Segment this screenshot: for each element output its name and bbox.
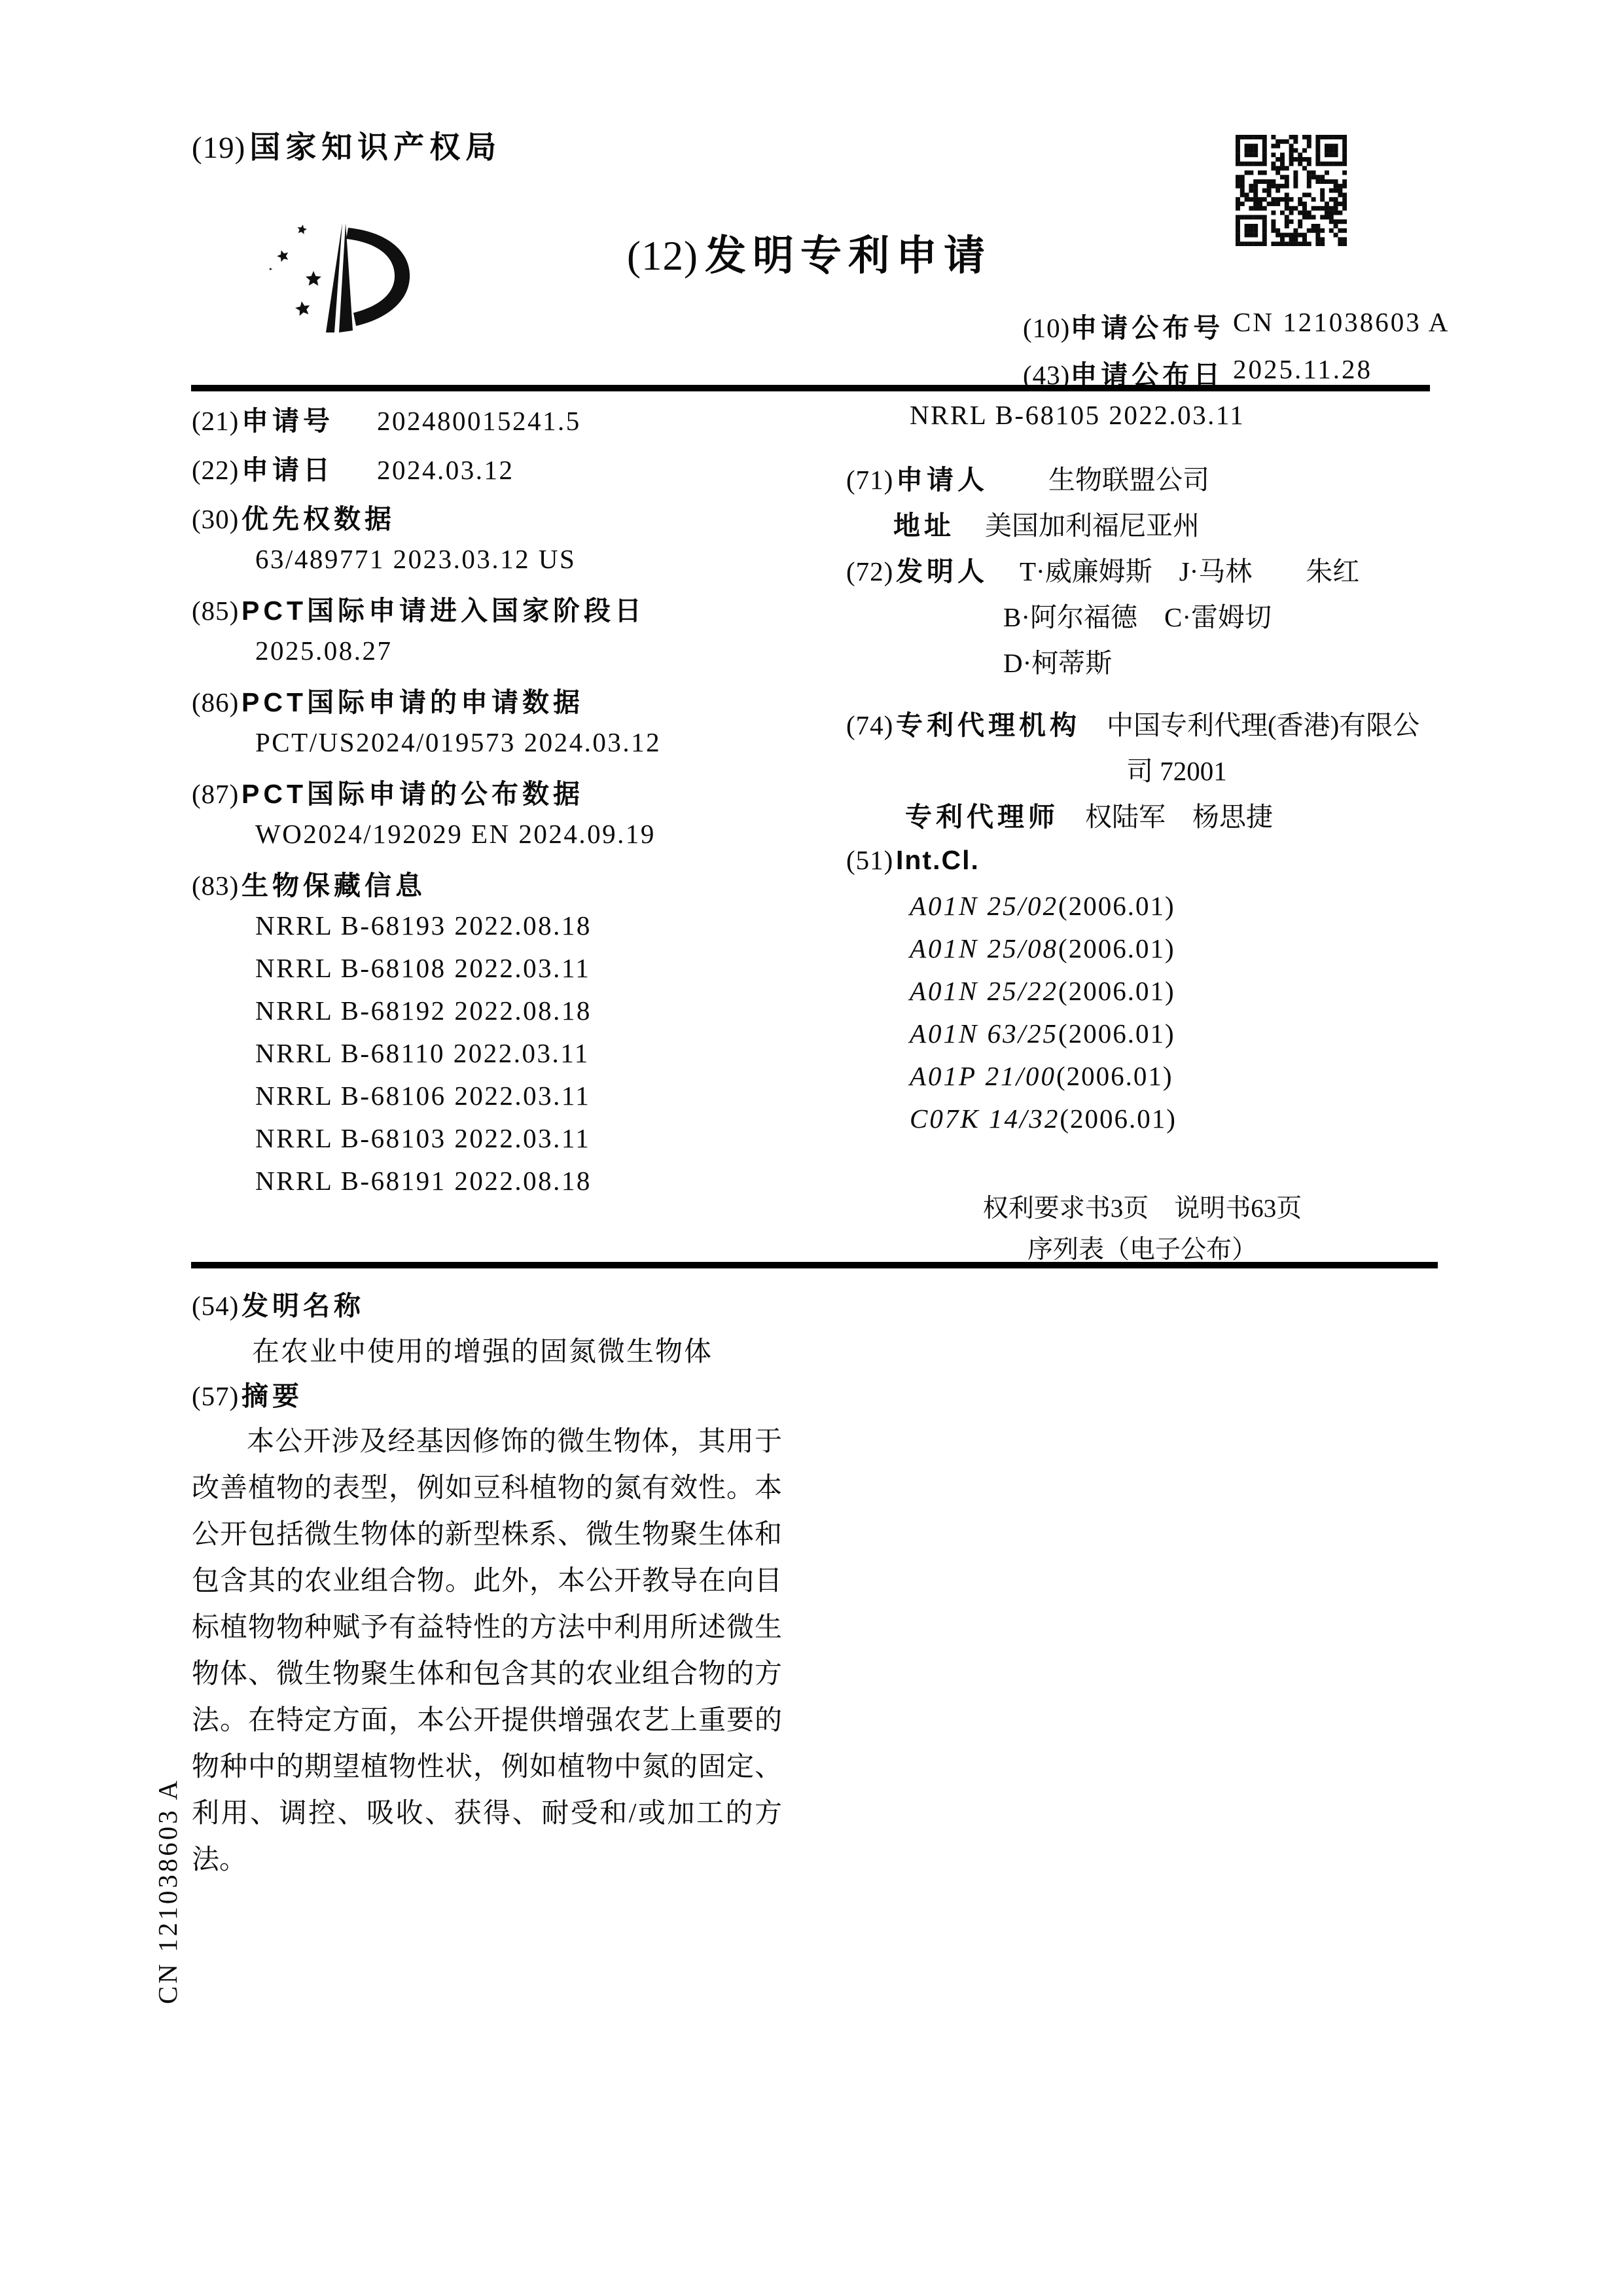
pct-application-data: PCT/US2024/019573 2024.03.12	[192, 726, 661, 764]
field-83-label: 生物保藏信息	[241, 870, 426, 901]
deposit-value: NRRL B-68108 2022.03.11	[255, 953, 590, 983]
inid-86: (86)	[192, 687, 241, 718]
ipc-version: (2006.01)	[1058, 976, 1175, 1006]
pages-count-line: 权利要求书3页 说明书63页	[846, 1188, 1438, 1226]
agent-label: 专利代理师	[905, 802, 1059, 832]
field-54-invention-title: (54)发明名称	[192, 1284, 365, 1323]
agency-name-line2-row: 司 72001	[846, 749, 1227, 787]
ipc-version: (2006.01)	[1058, 1018, 1175, 1049]
document-type-title: (12)发明专利申请	[627, 223, 991, 282]
cnipa-logo-icon	[270, 221, 415, 338]
abstract-paragraph: 本公开涉及经基因修饰的微生物体，其用于改善植物的表型，例如豆科植物的氮有效性。本…	[192, 1419, 782, 1884]
address-value: 美国加利福尼亚州	[985, 511, 1200, 541]
field-87-pct-publication-data: (87)PCT国际申请的公布数据	[192, 772, 584, 810]
field-85-national-phase-date: (85)PCT国际申请进入国家阶段日	[192, 589, 645, 627]
field-87-value: WO2024/192029 EN 2024.09.19	[255, 819, 656, 849]
inventor-line-3: D·柯蒂斯	[846, 641, 1112, 679]
deposit-entry: NRRL B-68106 2022.03.11	[192, 1080, 590, 1118]
inventor-line: T·威廉姆斯 J·马林 朱红	[1020, 556, 1359, 586]
office-heading: (19)国家知识产权局	[192, 123, 501, 167]
invention-title-text: 在农业中使用的增强的固氮微生物体	[252, 1337, 713, 1367]
deposit-entry: NRRL B-68192 2022.08.18	[192, 995, 592, 1033]
deposit-value: NRRL B-68105 2022.03.11	[910, 400, 1245, 430]
ipc-version: (2006.01)	[1060, 1103, 1177, 1134]
priority-entry: 63/489771 2023.03.12 US	[192, 543, 576, 581]
deposit-entry: NRRL B-68191 2022.08.18	[192, 1165, 592, 1203]
deposit-value: NRRL B-68191 2022.08.18	[255, 1166, 592, 1196]
field-86-value: PCT/US2024/019573 2024.03.12	[255, 727, 661, 757]
qr-code	[1236, 135, 1347, 246]
inid-72: (72)	[846, 556, 896, 587]
field-85-label: PCT国际申请进入国家阶段日	[241, 596, 645, 626]
pub-no-value: CN 121038603 A	[1233, 306, 1450, 338]
patent-agent-row: 专利代理师权陆军 杨思捷	[846, 795, 1273, 833]
field-72-inventors: (72)发明人T·威廉姆斯 J·马林 朱红	[846, 550, 1359, 588]
deposit-entry: NRRL B-68103 2022.03.11	[192, 1122, 590, 1160]
inid-22: (22)	[192, 454, 241, 486]
inid-57: (57)	[192, 1380, 241, 1412]
inid-87: (87)	[192, 778, 241, 810]
ipc-entry: A01P 21/00(2006.01)	[846, 1060, 1173, 1098]
deposit-value: NRRL B-68193 2022.08.18	[255, 910, 592, 941]
pct-publication-data: WO2024/192029 EN 2024.09.19	[192, 818, 656, 856]
inventor-line: D·柯蒂斯	[1003, 648, 1112, 678]
deposit-value: NRRL B-68192 2022.08.18	[255, 996, 592, 1026]
ipc-entry: C07K 14/32(2006.01)	[846, 1103, 1177, 1141]
patent-front-page: (19)国家知识产权局 (12)发明专利申请 (10)申请公布号 CN 1210…	[0, 0, 1623, 2296]
ipc-version: (2006.01)	[1058, 933, 1175, 963]
ipc-version: (2006.01)	[1058, 891, 1175, 921]
deposit-entry: NRRL B-68108 2022.03.11	[192, 952, 590, 990]
applicant-name: 生物联盟公司	[1048, 465, 1209, 495]
field-86-pct-application-data: (86)PCT国际申请的申请数据	[192, 681, 584, 719]
ipc-code: A01N 25/08	[910, 933, 1058, 963]
section-divider-rule	[191, 1262, 1438, 1268]
deposit-value: NRRL B-68106 2022.03.11	[255, 1081, 590, 1111]
field-51-label: Int.Cl.	[896, 845, 980, 875]
deposit-entry: NRRL B-68110 2022.03.11	[192, 1037, 590, 1075]
bibliographic-left-column: (21)申请号202480015241.5 (22)申请日2024.03.12 …	[192, 399, 784, 1217]
bibliographic-right-column: NRRL B-68105 2022.03.11 (71)申请人生物联盟公司 地址…	[846, 399, 1438, 1250]
field-71-applicant: (71)申请人生物联盟公司	[846, 458, 1209, 496]
sequence-listing-text: 序列表（电子公布）	[1027, 1236, 1257, 1264]
ipc-code: A01N 63/25	[910, 1018, 1058, 1049]
deposit-entry-continued: NRRL B-68105 2022.03.11	[846, 399, 1245, 437]
field-22-filing-date: (22)申请日2024.03.12	[192, 448, 514, 486]
ipc-entry: A01N 25/22(2006.01)	[846, 975, 1175, 1013]
field-57-abstract: (57)摘要	[192, 1374, 303, 1413]
header-divider-rule	[191, 385, 1430, 391]
pub-no-label: 申请公布号	[1070, 313, 1224, 343]
priority-value: 63/489771 2023.03.12 US	[255, 544, 576, 574]
field-51-int-cl: (51)Int.Cl.	[846, 844, 980, 882]
inid-71: (71)	[846, 464, 896, 495]
inid-83: (83)	[192, 870, 241, 901]
field-86-label: PCT国际申请的申请数据	[241, 687, 584, 717]
ipc-code: A01P 21/00	[910, 1061, 1056, 1091]
office-name: 国家知识产权局	[249, 130, 501, 164]
field-21-label: 申请号	[241, 406, 334, 436]
national-phase-date: 2025.08.27	[192, 635, 393, 673]
inid-54: (54)	[192, 1290, 241, 1321]
field-83-biological-deposit: (83)生物保藏信息	[192, 864, 426, 902]
inid-51: (51)	[846, 844, 896, 876]
field-30-priority-data: (30)优先权数据	[192, 497, 395, 535]
agency-name-line1: 中国专利代理(香港)有限公	[1107, 710, 1419, 740]
deposit-value: NRRL B-68110 2022.03.11	[255, 1038, 590, 1068]
ipc-entry: A01N 25/02(2006.01)	[846, 890, 1175, 928]
ipc-entry: A01N 25/08(2006.01)	[846, 933, 1175, 971]
ipc-version: (2006.01)	[1056, 1061, 1173, 1091]
field-71-label: 申请人	[896, 465, 988, 495]
pub-no-inid-code: (10)	[1023, 313, 1070, 343]
field-30-label: 优先权数据	[241, 504, 395, 534]
side-publication-code: CN 121038603 A	[152, 1778, 183, 2004]
invention-title: 在农业中使用的增强的固氮微生物体	[252, 1330, 713, 1369]
field-21-value: 202480015241.5	[377, 406, 581, 436]
deposit-entry: NRRL B-68193 2022.08.18	[192, 910, 592, 948]
pages-count-text: 权利要求书3页 说明书63页	[983, 1194, 1302, 1223]
field-85-value: 2025.08.27	[255, 636, 393, 666]
inid-74: (74)	[846, 709, 896, 741]
ipc-code: A01N 25/02	[910, 891, 1058, 921]
office-inid-code: (19)	[192, 131, 245, 165]
ipc-entry: A01N 63/25(2006.01)	[846, 1018, 1175, 1056]
doc-inid-code: (12)	[627, 233, 698, 279]
doc-type-label: 发明专利申请	[705, 233, 991, 279]
ipc-code: C07K 14/32	[910, 1103, 1060, 1134]
inventor-line-2: B·阿尔福德 C·雷姆切	[846, 596, 1272, 634]
inid-30: (30)	[192, 503, 241, 535]
address-label: 地址	[893, 511, 955, 541]
field-54-label: 发明名称	[241, 1291, 365, 1321]
inventor-line: B·阿尔福德 C·雷姆切	[1003, 602, 1272, 632]
agent-names: 权陆军 杨思捷	[1085, 802, 1273, 832]
agency-name-line2: 司 72001	[1126, 756, 1227, 786]
pub-date-value: 2025.11.28	[1233, 353, 1372, 385]
field-21-application-number: (21)申请号202480015241.5	[192, 399, 581, 437]
field-22-value: 2024.03.12	[377, 455, 514, 485]
deposit-value: NRRL B-68103 2022.03.11	[255, 1123, 590, 1153]
field-22-label: 申请日	[241, 455, 334, 485]
field-87-label: PCT国际申请的公布数据	[241, 779, 584, 809]
inid-85: (85)	[192, 595, 241, 626]
field-57-label: 摘要	[241, 1381, 303, 1411]
inid-21: (21)	[192, 405, 241, 437]
field-74-agency: (74)专利代理机构中国专利代理(香港)有限公	[846, 704, 1419, 742]
applicant-address-row: 地址美国加利福尼亚州	[846, 504, 1200, 542]
ipc-code: A01N 25/22	[910, 976, 1058, 1006]
field-72-label: 发明人	[896, 556, 988, 586]
field-74-label: 专利代理机构	[896, 710, 1080, 740]
